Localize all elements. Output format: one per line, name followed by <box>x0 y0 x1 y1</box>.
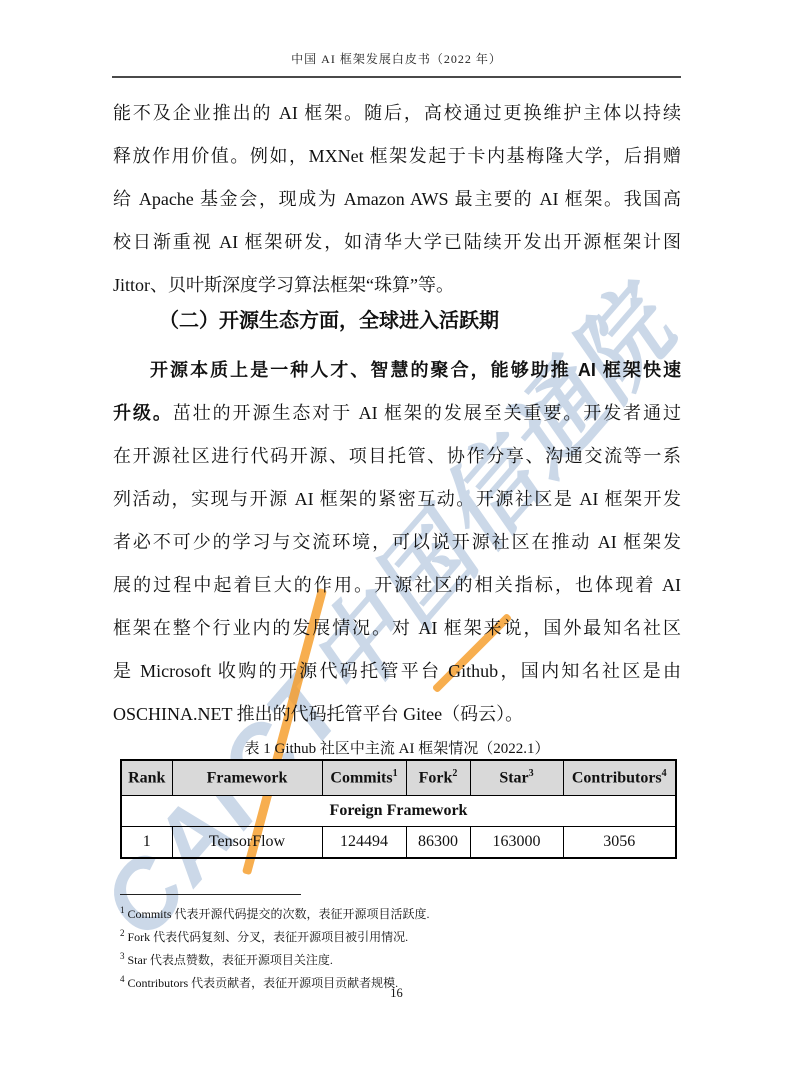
text-line: Jittor、贝叶斯深度学习算法框架“珠算”等。 <box>113 264 681 307</box>
cell-framework: TensorFlow <box>172 827 322 859</box>
table-header-row: Rank Framework Commits1 Fork2 Star3 Cont… <box>121 760 676 796</box>
text-segment: 茁壮的开源生态对于 AI 框架的发展至关重要。开发者通过 <box>173 403 681 423</box>
col-header-framework: Framework <box>172 760 322 796</box>
page-number: 16 <box>0 986 793 1001</box>
section-heading: （二）开源生态方面，全球进入活跃期 <box>113 303 727 339</box>
footnote-marker: 4 <box>120 974 125 984</box>
paragraph-2: 开源本质上是一种人才、智慧的聚合，能够助推 AI 框架快速 升级。茁壮的开源生态… <box>113 349 681 736</box>
footnote-text: Commits 代表开源代码提交的次数，表征开源项目活跃度. <box>128 907 430 921</box>
frameworks-table: Rank Framework Commits1 Fork2 Star3 Cont… <box>120 759 677 859</box>
table-caption: 表 1 Github 社区中主流 AI 框架情况（2022.1） <box>113 737 681 758</box>
cell-contributors: 3056 <box>563 827 676 859</box>
cell-commits: 124494 <box>322 827 406 859</box>
col-header-star: Star3 <box>470 760 563 796</box>
text-line: 能不及企业推出的 AI 框架。随后，高校通过更换维护主体以持续 <box>113 92 681 135</box>
cell-rank: 1 <box>121 827 172 859</box>
group-row: Foreign Framework <box>121 796 676 827</box>
text-line: 给 Apache 基金会，现成为 Amazon AWS 最主要的 AI 框架。我… <box>113 178 681 221</box>
col-header-rank: Rank <box>121 760 172 796</box>
cell-fork: 86300 <box>406 827 470 859</box>
document-page: CAICT中国信通院 中国 AI 框架发展白皮书（2022 年） 能不及企业推出… <box>0 0 793 1077</box>
footnote: 2Fork 代表代码复刻、分叉，表征开源项目被引用情况. <box>120 924 620 947</box>
footnote-text: Star 代表点赞数，表征开源项目关注度. <box>128 953 333 967</box>
running-header: 中国 AI 框架发展白皮书（2022 年） <box>0 50 793 67</box>
table-row: 1 TensorFlow 124494 86300 163000 3056 <box>121 827 676 859</box>
col-header-fork: Fork2 <box>406 760 470 796</box>
text-line: 校日渐重视 AI 框架研发，如清华大学已陆续开发出开源框架计图 <box>113 221 681 264</box>
text-line: 框架在整个行业内的发展情况。对 AI 框架来说，国外最知名社区 <box>113 607 681 650</box>
text-line: 展的过程中起着巨大的作用。开源社区的相关指标，也体现着 AI <box>113 564 681 607</box>
paragraph-1: 能不及企业推出的 AI 框架。随后，高校通过更换维护主体以持续 释放作用价值。例… <box>113 92 681 307</box>
footnotes: 1Commits 代表开源代码提交的次数，表征开源项目活跃度. 2Fork 代表… <box>120 901 620 993</box>
footnote: 3Star 代表点赞数，表征开源项目关注度. <box>120 947 620 970</box>
bold-segment: 升级。 <box>113 403 173 423</box>
footnote-marker: 3 <box>120 951 125 961</box>
footnote-divider <box>120 894 301 895</box>
group-row-label: Foreign Framework <box>121 796 676 827</box>
header-rule <box>112 76 681 78</box>
col-header-contributors: Contributors4 <box>563 760 676 796</box>
text-line: 者必不可少的学习与交流环境，可以说开源社区在推动 AI 框架发 <box>113 521 681 564</box>
footnote-marker: 2 <box>120 928 125 938</box>
page-content: 中国 AI 框架发展白皮书（2022 年） 能不及企业推出的 AI 框架。随后，… <box>0 0 793 1077</box>
text-line: 是 Microsoft 收购的开源代码托管平台 Github，国内知名社区是由 <box>113 650 681 693</box>
text-line: 升级。茁壮的开源生态对于 AI 框架的发展至关重要。开发者通过 <box>113 392 681 435</box>
footnote-text: Fork 代表代码复刻、分叉，表征开源项目被引用情况. <box>128 930 409 944</box>
footnote: 1Commits 代表开源代码提交的次数，表征开源项目活跃度. <box>120 901 620 924</box>
col-header-commits: Commits1 <box>322 760 406 796</box>
text-line: 释放作用价值。例如，MXNet 框架发起于卡内基梅隆大学，后捐赠 <box>113 135 681 178</box>
cell-star: 163000 <box>470 827 563 859</box>
footnote-marker: 1 <box>120 905 125 915</box>
text-line: 列活动，实现与开源 AI 框架的紧密互动。开源社区是 AI 框架开发 <box>113 478 681 521</box>
text-line: OSCHINA.NET 推出的代码托管平台 Gitee（码云）。 <box>113 693 681 736</box>
text-line-bold: 开源本质上是一种人才、智慧的聚合，能够助推 AI 框架快速 <box>113 349 681 392</box>
text-line: 在开源社区进行代码开源、项目托管、协作分享、沟通交流等一系 <box>113 435 681 478</box>
